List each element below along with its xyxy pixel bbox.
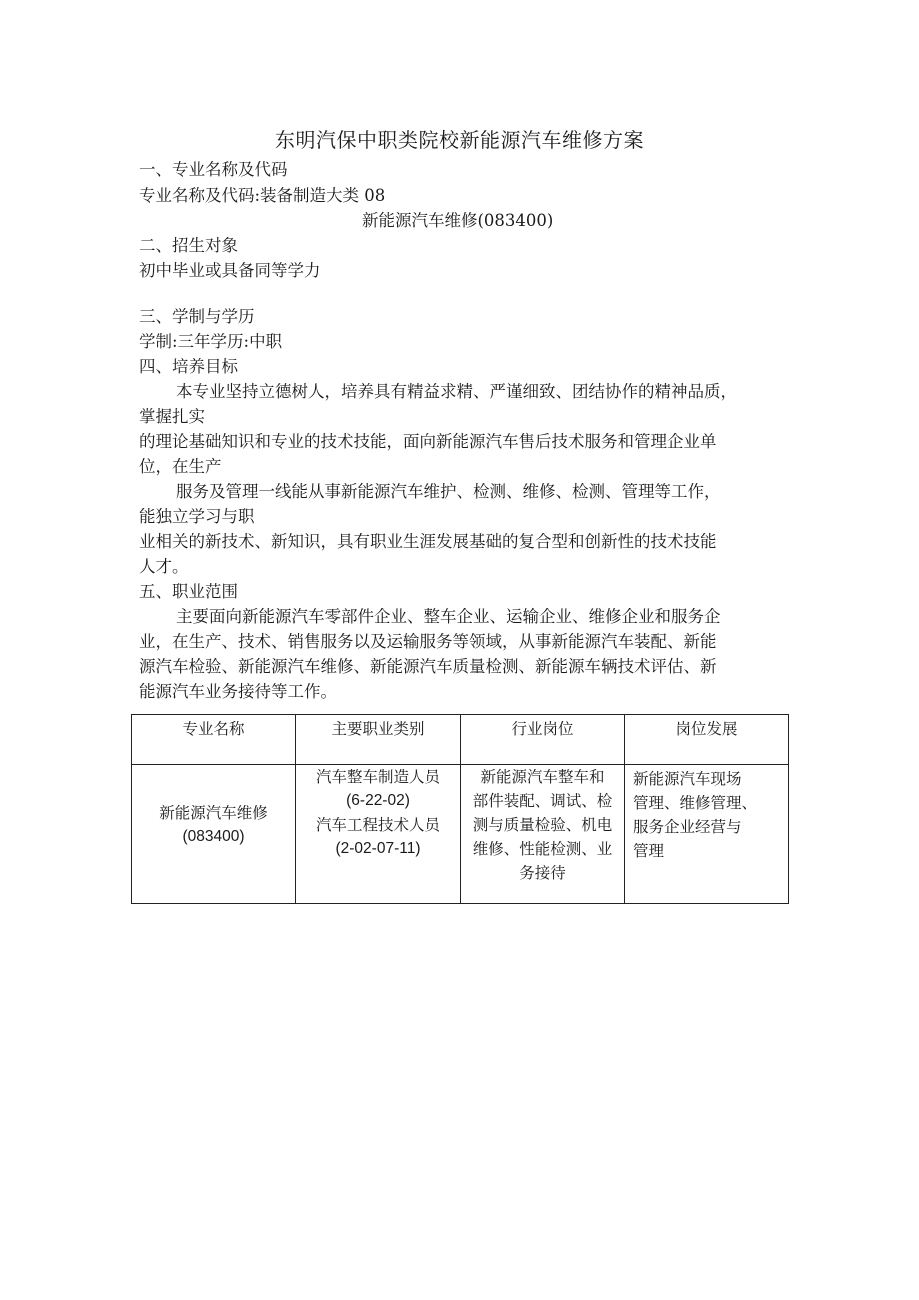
section-4-line-5: 服务及管理一线能从事新能源汽车维护、检测、维修、检测、管理等工作， bbox=[176, 480, 721, 504]
section-5-line-4: 能源汽车业务接待等工作。 bbox=[139, 680, 337, 704]
cell-major: 新能源汽车维修 (083400) bbox=[132, 765, 296, 904]
development-line-3: 服务企业经营与 bbox=[633, 815, 788, 839]
cell-positions: 新能源汽车整车和 部件装配、调试、检 测与质量检验、机电 维修、性能检测、业 务… bbox=[461, 765, 625, 904]
section-heading-4: 四、培养目标 bbox=[139, 355, 238, 379]
document-page: 东明汽保中职类院校新能源汽车维修方案 一、专业名称及代码 专业名称及代码:装备制… bbox=[0, 0, 919, 1300]
cell-occupations: 汽车整车制造人员 (6-22-02) 汽车工程技术人员 (2-02-07-11) bbox=[296, 765, 461, 904]
cell-development: 新能源汽车现场 管理、维修管理、 服务企业经营与 管理 bbox=[625, 765, 789, 904]
occupation-table: 专业名称 主要职业类别 行业岗位 岗位发展 新能源汽车维修 (083400) 汽… bbox=[131, 714, 789, 904]
positions-line-5: 务接待 bbox=[461, 861, 624, 885]
occupation-1-code: (6-22-02) bbox=[296, 789, 460, 813]
section-4-line-7: 业相关的新技术、新知识，具有职业生涯发展基础的复合型和创新性的技术技能 bbox=[139, 530, 717, 554]
section-1-line-2: 新能源汽车维修(083400) bbox=[362, 209, 553, 233]
section-4-line-4: 位，在生产 bbox=[139, 455, 222, 479]
section-5-line-3: 源汽车检验、新能源汽车维修、新能源汽车质量检测、新能源车辆技术评估、新 bbox=[139, 655, 717, 679]
occupation-1: 汽车整车制造人员 bbox=[296, 765, 460, 789]
positions-line-4: 维修、性能检测、业 bbox=[461, 837, 624, 861]
header-position: 行业岗位 bbox=[461, 715, 625, 765]
document-title: 东明汽保中职类院校新能源汽车维修方案 bbox=[0, 124, 919, 153]
header-occupation: 主要职业类别 bbox=[296, 715, 461, 765]
section-4-line-3: 的理论基础知识和专业的技术技能，面向新能源汽车售后技术服务和管理企业单 bbox=[139, 430, 717, 454]
table-header-row: 专业名称 主要职业类别 行业岗位 岗位发展 bbox=[132, 715, 789, 765]
occupation-2-code: (2-02-07-11) bbox=[296, 837, 460, 861]
major-name: 新能源汽车维修 bbox=[132, 801, 295, 825]
table-row: 新能源汽车维修 (083400) 汽车整车制造人员 (6-22-02) 汽车工程… bbox=[132, 765, 789, 904]
header-development: 岗位发展 bbox=[625, 715, 789, 765]
positions-line-3: 测与质量检验、机电 bbox=[461, 813, 624, 837]
section-5-line-2: 业，在生产、技术、销售服务以及运输服务等领域，从事新能源汽车装配、新能 bbox=[139, 630, 717, 654]
development-line-2: 管理、维修管理、 bbox=[633, 791, 788, 815]
positions-line-2: 部件装配、调试、检 bbox=[461, 789, 624, 813]
section-heading-1: 一、专业名称及代码 bbox=[139, 158, 288, 182]
section-heading-3: 三、学制与学历 bbox=[139, 305, 255, 329]
section-2-line-1: 初中毕业或具备同等学力 bbox=[139, 259, 321, 283]
development-line-1: 新能源汽车现场 bbox=[633, 767, 788, 791]
section-5-line-1: 主要面向新能源汽车零部件企业、整车企业、运输企业、维修企业和服务企 bbox=[176, 605, 721, 629]
occupation-2: 汽车工程技术人员 bbox=[296, 813, 460, 837]
section-4-line-2: 掌握扎实 bbox=[139, 405, 205, 429]
section-1-line-1: 专业名称及代码:装备制造大类 08 bbox=[139, 184, 385, 208]
section-heading-5: 五、职业范围 bbox=[139, 580, 238, 604]
section-3-line-1: 学制:三年学历:中职 bbox=[139, 330, 282, 354]
section-4-line-8: 人才。 bbox=[139, 555, 189, 579]
positions-line-1: 新能源汽车整车和 bbox=[461, 765, 624, 789]
major-code: (083400) bbox=[132, 825, 295, 849]
section-heading-2: 二、招生对象 bbox=[139, 234, 238, 258]
header-major: 专业名称 bbox=[132, 715, 296, 765]
section-4-line-1: 本专业坚持立德树人，培养具有精益求精、严谨细致、团结协作的精神品质， bbox=[176, 380, 737, 404]
section-4-line-6: 能独立学习与职 bbox=[139, 505, 255, 529]
development-line-4: 管理 bbox=[633, 839, 788, 863]
